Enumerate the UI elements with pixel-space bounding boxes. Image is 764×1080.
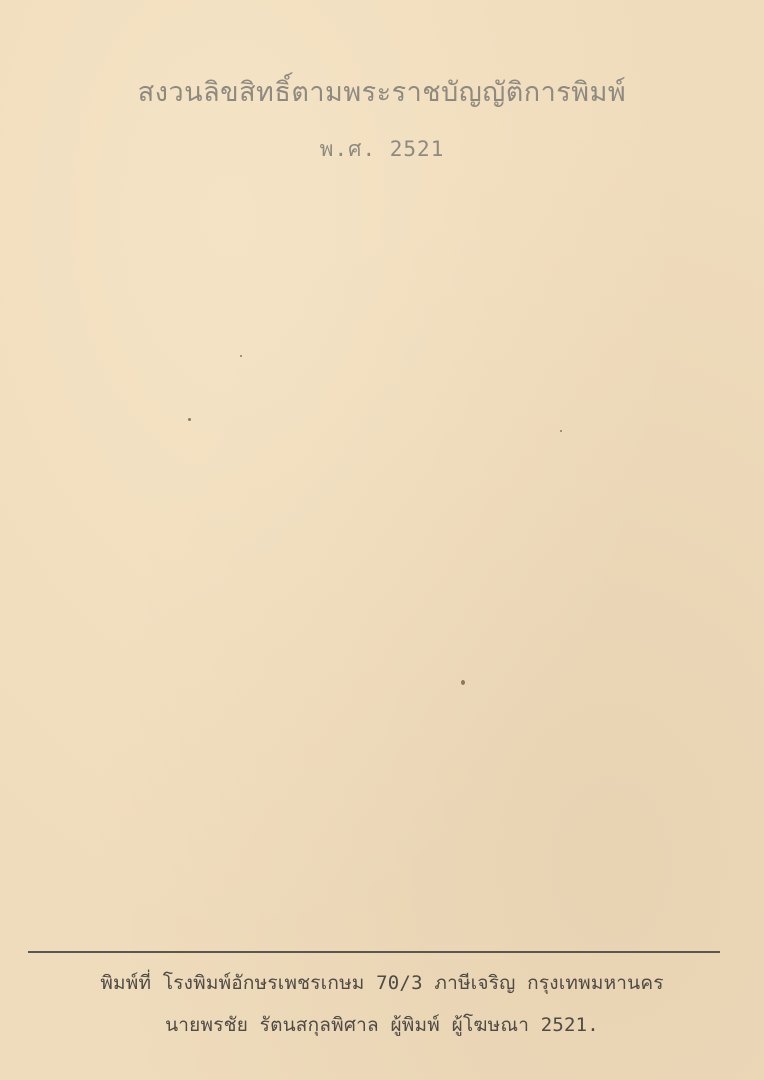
document-page: สงวนลิขสิทธิ์ตามพระราชบัญญัติการพิมพ์ พ.…: [0, 0, 764, 1080]
footer-divider: [28, 951, 720, 953]
paper-speck: [188, 418, 191, 421]
paper-speck: [461, 680, 465, 685]
publication-year: พ.ศ. 2521: [0, 133, 764, 166]
paper-speck: [240, 355, 242, 357]
publisher-line: นายพรชัย รัตนสกุลพิศาล ผู้พิมพ์ ผู้โฆษณา…: [0, 1010, 764, 1040]
paper-speck: [560, 430, 562, 432]
printer-line: พิมพ์ที่ โรงพิมพ์อักษรเพชรเกษม 70/3 ภาษี…: [0, 968, 764, 998]
copyright-notice: สงวนลิขสิทธิ์ตามพระราชบัญญัติการพิมพ์: [0, 70, 764, 113]
